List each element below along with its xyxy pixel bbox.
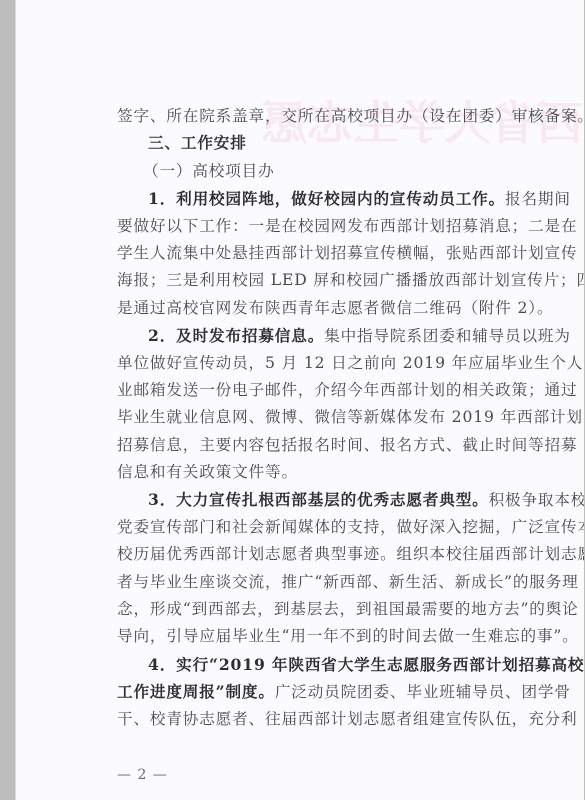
item-4-second-line: 工作进度周报”制度。广泛动员院团委、毕业班辅导员、团学骨 xyxy=(117,678,549,705)
item-1-title: 1．利用校园阵地，做好校园内的宣传动员工作。 xyxy=(148,189,505,208)
item-4-title: 4．实行“2019 年陕西省大学生志愿服务西部计划招募高校 xyxy=(117,651,549,678)
paragraph-line: 业邮箱发送一份电子邮件，介绍今年西部计划的相关政策；通过 xyxy=(117,377,549,404)
paragraph-line: 导向，引导应届毕业生“用一年不到的时间去做一生难忘的事”。 xyxy=(117,623,549,650)
paragraph-line: 信息和有关政策文件等。 xyxy=(117,459,549,486)
item-1-text: 报名期间 xyxy=(505,190,571,208)
item-2-title: 2．及时发布招募信息。 xyxy=(148,326,324,345)
item-2-first-line: 2．及时发布招募信息。集中指导院系团委和辅导员以班为 xyxy=(117,322,549,349)
document-body: 签字、所在院系盖章，交所在高校项目办（设在团委）审核备案。 三、工作安排 （一）… xyxy=(117,103,549,733)
item-3-first-line: 3．大力宣传扎根西部基层的优秀志愿者典型。积极争取本校 xyxy=(117,486,549,513)
document-page: 陕西省大学生志愿 签字、所在院系盖章，交所在高校项目办（设在团委）审核备案。 三… xyxy=(15,0,584,800)
item-1-first-line: 1．利用校园阵地，做好校园内的宣传动员工作。报名期间 xyxy=(117,185,549,212)
item-2-text: 集中指导院系团委和辅导员以班为 xyxy=(324,327,571,345)
paragraph-line: 招募信息，主要内容包括报名时间、报名方式、截止时间等招募 xyxy=(117,432,549,459)
paragraph-line: 要做好以下工作：一是在校园网发布西部计划招募消息；二是在 xyxy=(117,213,549,240)
paragraph-line: 签字、所在院系盖章，交所在高校项目办（设在团委）审核备案。 xyxy=(117,103,549,130)
paragraph-line: 干、校青协志愿者、往届西部计划志愿者组建宣传队伍，充分利 xyxy=(117,706,549,733)
item-4-title-end: 工作进度周报”制度。 xyxy=(117,682,275,701)
item-3-text: 积极争取本校 xyxy=(489,491,584,509)
page-number: — 2 — xyxy=(117,767,168,783)
paragraph-line: 是通过高校官网发布陕西青年志愿者微信二维码（附件 2）。 xyxy=(117,295,549,322)
subsection-heading: （一）高校项目办 xyxy=(117,158,549,185)
paragraph-line: 校历届优秀西部计划志愿者典型事迹。组织本校往届西部计划志愿 xyxy=(117,541,549,568)
item-3-title: 3．大力宣传扎根西部基层的优秀志愿者典型。 xyxy=(148,490,489,509)
paragraph-line: 海报；三是利用校园 LED 屏和校园广播播放西部计划宣传片；四 xyxy=(117,267,549,294)
paragraph-line: 念，形成“到西部去，到基层去，到祖国最需要的地方去”的舆论 xyxy=(117,596,549,623)
paragraph-line: 毕业生就业信息网、微博、微信等新媒体发布 2019 年西部计划 xyxy=(117,404,549,431)
paragraph-line: 者与毕业生座谈交流，推广“新西部、新生活、新成长”的服务理 xyxy=(117,569,549,596)
paragraph-line: 单位做好宣传动员，5 月 12 日之前向 2019 年应届毕业生个人就 xyxy=(117,350,549,377)
section-heading: 三、工作安排 xyxy=(117,130,549,157)
paragraph-line: 党委宣传部门和社会新闻媒体的支持，做好深入挖掘，广泛宣传本 xyxy=(117,514,549,541)
item-4-text: 广泛动员院团委、毕业班辅导员、团学骨 xyxy=(275,683,571,701)
paragraph-line: 学生人流集中处悬挂西部计划招募宣传横幅，张贴西部计划宣传 xyxy=(117,240,549,267)
